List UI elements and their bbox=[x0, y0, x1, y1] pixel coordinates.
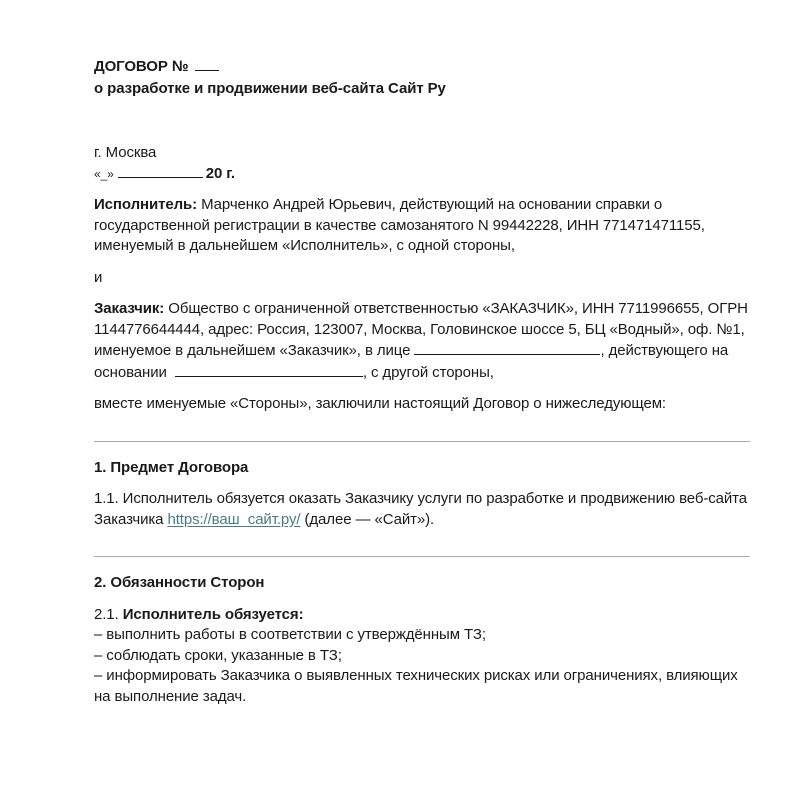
contract-subtitle: о разработке и продвижении веб-сайта Сай… bbox=[94, 78, 750, 100]
contract-number-blank[interactable] bbox=[195, 57, 219, 71]
customer-label: Заказчик: bbox=[94, 300, 164, 317]
list-item: – выполнить работы в соответствии с утве… bbox=[94, 625, 750, 646]
customer-paragraph: Заказчик: Общество с ограниченной ответс… bbox=[94, 299, 750, 383]
site-link[interactable]: https://ваш_сайт.ру/ bbox=[167, 511, 300, 528]
date-day-blank[interactable]: «_» bbox=[94, 167, 114, 181]
contract-title: ДОГОВОР № bbox=[94, 56, 750, 78]
document-page: ДОГОВОР № о разработке и продвижении веб… bbox=[0, 0, 800, 800]
clause-2-1: 2.1. Исполнитель обязуется: bbox=[94, 605, 750, 626]
executor-paragraph: Исполнитель: Марченко Андрей Юрьевич, де… bbox=[94, 195, 750, 257]
contract-document: ДОГОВОР № о разработке и продвижении веб… bbox=[94, 56, 750, 707]
customer-text-part3: , с другой стороны, bbox=[363, 364, 494, 381]
contract-title-text: ДОГОВОР № bbox=[94, 58, 188, 75]
list-item: – информировать Заказчика о выявленных т… bbox=[94, 666, 750, 707]
section-divider bbox=[94, 556, 750, 557]
contract-date: «_»20 г. bbox=[94, 163, 750, 185]
representative-blank[interactable] bbox=[414, 340, 600, 355]
date-year: 20 г. bbox=[206, 165, 235, 182]
section-2-title: 2. Обязанности Сторон bbox=[94, 573, 750, 594]
clause-1-1: 1.1. Исполнитель обязуется оказать Заказ… bbox=[94, 489, 750, 530]
clause-2-1-label: Исполнитель обязуется: bbox=[123, 606, 304, 623]
conjunction-text: и bbox=[94, 268, 750, 289]
executor-obligations-list: – выполнить работы в соответствии с утве… bbox=[94, 625, 750, 707]
section-divider bbox=[94, 441, 750, 442]
contract-city: г. Москва bbox=[94, 142, 750, 163]
date-month-blank[interactable] bbox=[118, 165, 203, 178]
section-1-title: 1. Предмет Договора bbox=[94, 458, 750, 479]
clause-1-1-text-after: (далее — «Сайт»). bbox=[300, 511, 434, 528]
list-item: – соблюдать сроки, указанные в ТЗ; bbox=[94, 646, 750, 667]
executor-label: Исполнитель: bbox=[94, 196, 197, 213]
together-paragraph: вместе именуемые «Стороны», заключили на… bbox=[94, 394, 750, 415]
clause-2-1-number: 2.1. bbox=[94, 606, 123, 623]
basis-blank[interactable] bbox=[175, 362, 363, 377]
